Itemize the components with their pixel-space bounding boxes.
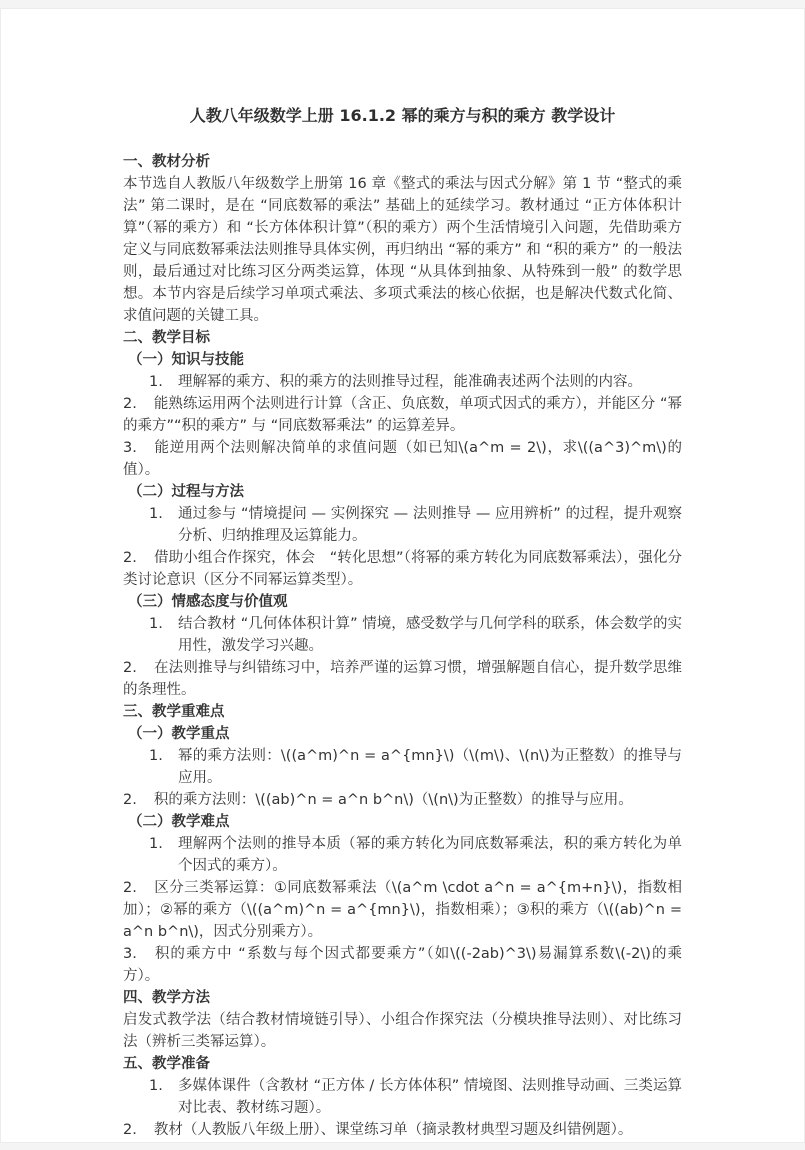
section-heading-key-difficult-points: 三、教学重难点 xyxy=(123,701,682,723)
paragraph-teaching-methods: 启发式教学法（结合教材情境链引导）、小组合作探究法（分模块推导法则）、对比练习法… xyxy=(123,1009,682,1053)
numbered-paragraph: 2.在法则推导与纠错练习中，培养严谨的运算习惯，增强解题自信心，提升数学思维的条… xyxy=(123,657,682,701)
list-item-number: 3. xyxy=(123,440,137,456)
paragraph-textbook-analysis: 本节选自人教版八年级数学上册第 16 章《整式的乘法与因式分解》第 1 节 “整… xyxy=(123,173,682,327)
subsection-heading-key-points: （一）教学重点 xyxy=(123,723,682,745)
document-page: 人教八年级数学上册 16.1.2 幂的乘方与积的乘方 教学设计 一、教材分析 本… xyxy=(0,8,805,1143)
subsection-heading-process-methods: （二）过程与方法 xyxy=(123,481,682,503)
list-item-text: 多媒体课件（含教材 “正方体 / 长方体体积” 情境图、法则推导动画、三类运算对… xyxy=(178,1075,682,1119)
list-item-text: 积的乘方中 “系数与每个因式都要乘方”（如\((-2ab)^3\)易漏算系数\(… xyxy=(123,946,682,984)
list-item-text: 幂的乘方法则：\((a^m)^n = a^{mn}\)（\(m\)、\(n\)为… xyxy=(178,745,682,789)
subsection-heading-difficult-points: （二）教学难点 xyxy=(123,811,682,833)
list-item-text: 结合教材 “几何体体积计算” 情境，感受数学与几何学科的联系，体会数学的实用性，… xyxy=(178,613,682,657)
numbered-paragraph: 2.能熟练运用两个法则进行计算（含正、负底数，单项式因式的乘方），并能区分 “幂… xyxy=(123,393,682,437)
list-item-number: 3. xyxy=(123,946,137,962)
list-item-number: 1. xyxy=(149,1075,178,1119)
subsection-heading-knowledge-skills: （一）知识与技能 xyxy=(123,349,682,371)
list-item-text: 教材（人教版八年级上册）、课堂练习单（摘录教材典型习题及纠错例题）。 xyxy=(154,1122,633,1138)
subsection-heading-attitude-values: （三）情感态度与价值观 xyxy=(123,591,682,613)
list-item-number: 1. xyxy=(149,613,178,657)
list-item-text: 区分三类幂运算：①同底数幂乘法（\(a^m \cdot a^n = a^{m+n… xyxy=(123,880,682,940)
numbered-paragraph: 2.借助小组合作探究，体会 “转化思想”（将幂的乘方转化为同底数幂乘法），强化分… xyxy=(123,547,682,591)
list-item-text: 借助小组合作探究，体会 “转化思想”（将幂的乘方转化为同底数幂乘法），强化分类讨… xyxy=(123,550,682,588)
section-heading-teaching-preparation: 五、教学准备 xyxy=(123,1053,682,1075)
document-title: 人教八年级数学上册 16.1.2 幂的乘方与积的乘方 教学设计 xyxy=(123,105,682,127)
list-item-number: 1. xyxy=(149,503,178,547)
list-item: 1. 结合教材 “几何体体积计算” 情境，感受数学与几何学科的联系，体会数学的实… xyxy=(123,613,682,657)
list-item-number: 2. xyxy=(123,660,137,676)
list-item-number: 1. xyxy=(149,371,178,393)
list-item-text: 能逆用两个法则解决简单的求值问题（如已知\(a^m = 2\)，求\((a^3)… xyxy=(123,440,682,478)
document-body: 人教八年级数学上册 16.1.2 幂的乘方与积的乘方 教学设计 一、教材分析 本… xyxy=(1,9,804,1141)
list-item-number: 2. xyxy=(123,1122,137,1138)
list-item: 1. 幂的乘方法则：\((a^m)^n = a^{mn}\)（\(m\)、\(n… xyxy=(123,745,682,789)
list-item-text: 在法则推导与纠错练习中，培养严谨的运算习惯，增强解题自信心，提升数学思维的条理性… xyxy=(123,660,682,698)
list-item-text: 积的乘方法则：\((ab)^n = a^n b^n\)（\(n\)为正整数）的推… xyxy=(154,792,633,808)
list-item-number: 2. xyxy=(123,550,137,566)
list-item-text: 通过参与 “情境提问 — 实例探究 — 法则推导 — 应用辨析” 的过程，提升观… xyxy=(178,503,682,547)
section-heading-teaching-goals: 二、教学目标 xyxy=(123,327,682,349)
list-item-number: 2. xyxy=(123,880,137,896)
numbered-paragraph: 3.能逆用两个法则解决简单的求值问题（如已知\(a^m = 2\)，求\((a^… xyxy=(123,437,682,481)
list-item-text: 理解幂的乘方、积的乘方的法则推导过程，能准确表述两个法则的内容。 xyxy=(178,371,682,393)
numbered-paragraph: 2.教材（人教版八年级上册）、课堂练习单（摘录教材典型习题及纠错例题）。 xyxy=(123,1119,682,1141)
list-item: 1. 理解幂的乘方、积的乘方的法则推导过程，能准确表述两个法则的内容。 xyxy=(123,371,682,393)
list-item: 1. 通过参与 “情境提问 — 实例探究 — 法则推导 — 应用辨析” 的过程，… xyxy=(123,503,682,547)
list-item-number: 2. xyxy=(123,792,137,808)
list-item-text: 能熟练运用两个法则进行计算（含正、负底数，单项式因式的乘方），并能区分 “幂的乘… xyxy=(123,396,682,434)
numbered-paragraph: 2.区分三类幂运算：①同底数幂乘法（\(a^m \cdot a^n = a^{m… xyxy=(123,877,682,943)
numbered-paragraph: 2.积的乘方法则：\((ab)^n = a^n b^n\)（\(n\)为正整数）… xyxy=(123,789,682,811)
list-item: 1. 多媒体课件（含教材 “正方体 / 长方体体积” 情境图、法则推导动画、三类… xyxy=(123,1075,682,1119)
list-item-number: 2. xyxy=(123,396,137,412)
section-heading-textbook-analysis: 一、教材分析 xyxy=(123,151,682,173)
list-item: 1. 理解两个法则的推导本质（幂的乘方转化为同底数幂乘法，积的乘方转化为单个因式… xyxy=(123,833,682,877)
list-item-number: 1. xyxy=(149,833,178,877)
section-heading-teaching-methods: 四、教学方法 xyxy=(123,987,682,1009)
list-item-number: 1. xyxy=(149,745,178,789)
list-item-text: 理解两个法则的推导本质（幂的乘方转化为同底数幂乘法，积的乘方转化为单个因式的乘方… xyxy=(178,833,682,877)
numbered-paragraph: 3.积的乘方中 “系数与每个因式都要乘方”（如\((-2ab)^3\)易漏算系数… xyxy=(123,943,682,987)
